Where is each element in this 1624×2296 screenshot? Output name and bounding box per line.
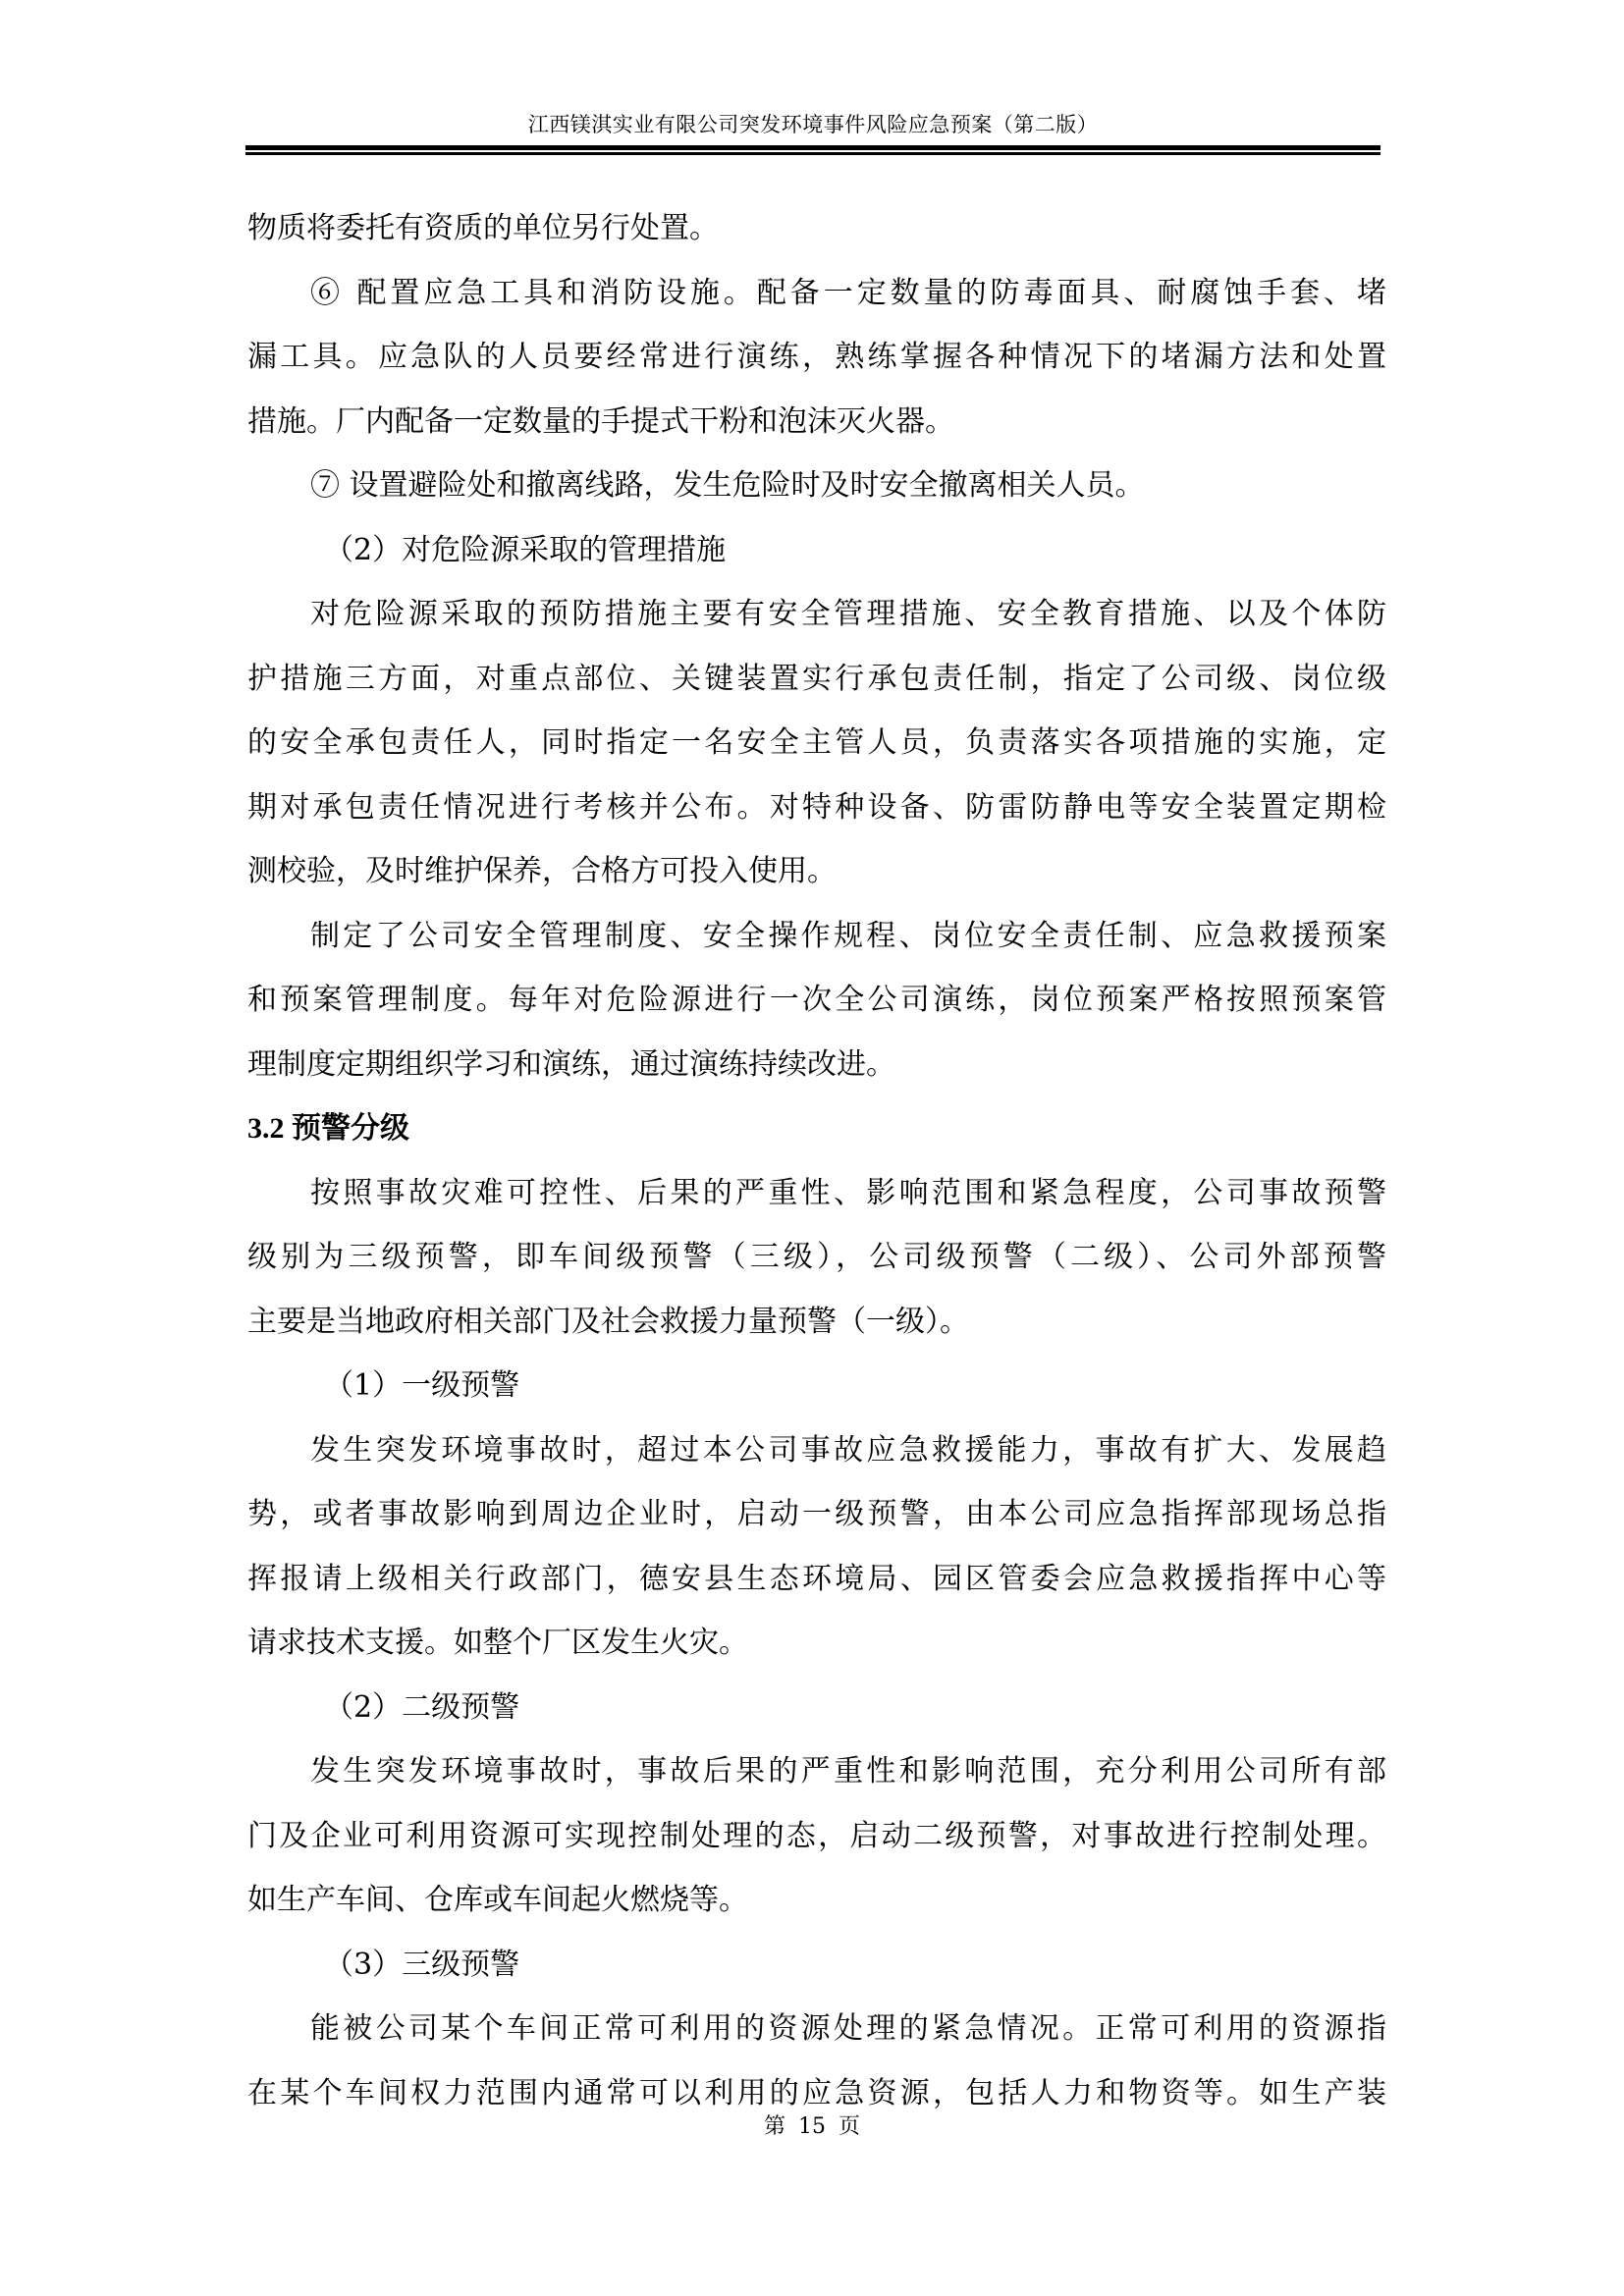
subsection-heading: （1）一级预警	[247, 1363, 1386, 1428]
body-line: 制定了公司安全管理制度、安全操作规程、岗位安全责任制、应急救援预案	[247, 914, 1386, 979]
body-line: 势，或者事故影响到周边企业时，启动一级预警，由本公司应急指挥部现场总指	[247, 1492, 1386, 1557]
body-line: 和预案管理制度。每年对危险源进行一次全公司演练，岗位预案严格按照预案管	[247, 978, 1386, 1042]
body-line: 发生突发环境事故时，超过本公司事故应急救援能力，事故有扩大、发展趋	[247, 1428, 1386, 1493]
body-line: 物质将委托有资质的单位另行处置。	[247, 206, 1386, 271]
body-line: 发生突发环境事故时，事故后果的严重性和影响范围，充分利用公司所有部	[247, 1749, 1386, 1814]
body-line: 测校验，及时维护保养，合格方可投入使用。	[247, 849, 1386, 914]
body-line: 的安全承包责任人，同时指定一名安全主管人员，负责落实各项措施的实施，定	[247, 721, 1386, 785]
body-line: ⑦ 设置避险处和撤离线路，发生危险时及时安全撤离相关人员。	[247, 463, 1386, 528]
page-number: 第 15 页	[0, 2112, 1624, 2142]
page-header-title: 江西镁淇实业有限公司突发环境事件风险应急预案（第二版）	[245, 110, 1380, 139]
body-line: 能被公司某个车间正常可利用的资源处理的紧急情况。正常可利用的资源指	[247, 2006, 1386, 2071]
document-body: 物质将委托有资质的单位另行处置。 ⑥ 配置应急工具和消防设施。配备一定数量的防毒…	[247, 206, 1386, 2135]
section-heading: 3.2 预警分级	[247, 1106, 1386, 1171]
body-line: 门及企业可利用资源可实现控制处理的态，启动二级预警，对事故进行控制处理。	[247, 1814, 1386, 1879]
body-line: 对危险源采取的预防措施主要有安全管理措施、安全教育措施、以及个体防	[247, 592, 1386, 657]
body-line: 请求技术支援。如整个厂区发生火灾。	[247, 1621, 1386, 1685]
header-rule-thick	[245, 145, 1380, 150]
subsection-heading: （2）对危险源采取的管理措施	[247, 528, 1386, 593]
subsection-heading: （2）二级预警	[247, 1685, 1386, 1750]
body-line: 期对承包责任情况进行考核并公布。对特种设备、防雷防静电等安全装置定期检	[247, 785, 1386, 850]
body-line: ⑥ 配置应急工具和消防设施。配备一定数量的防毒面具、耐腐蚀手套、堵	[247, 271, 1386, 336]
body-line: 按照事故灾难可控性、后果的严重性、影响范围和紧急程度，公司事故预警	[247, 1171, 1386, 1236]
header-rule-thin	[245, 152, 1380, 155]
body-line: 如生产车间、仓库或车间起火燃烧等。	[247, 1878, 1386, 1943]
body-line: 挥报请上级相关行政部门，德安县生态环境局、园区管委会应急救援指挥中心等	[247, 1557, 1386, 1622]
body-line: 理制度定期组织学习和演练，通过演练持续改进。	[247, 1042, 1386, 1107]
body-line: 级别为三级预警，即车间级预警（三级），公司级预警（二级）、公司外部预警	[247, 1235, 1386, 1300]
body-line: 措施。厂内配备一定数量的手提式干粉和泡沫灭火器。	[247, 400, 1386, 464]
body-line: 漏工具。应急队的人员要经常进行演练，熟练掌握各种情况下的堵漏方法和处置	[247, 335, 1386, 400]
body-line: 护措施三方面，对重点部位、关键装置实行承包责任制，指定了公司级、岗位级	[247, 657, 1386, 721]
subsection-heading: （3）三级预警	[247, 1943, 1386, 2007]
body-line: 主要是当地政府相关部门及社会救援力量预警（一级）。	[247, 1300, 1386, 1364]
